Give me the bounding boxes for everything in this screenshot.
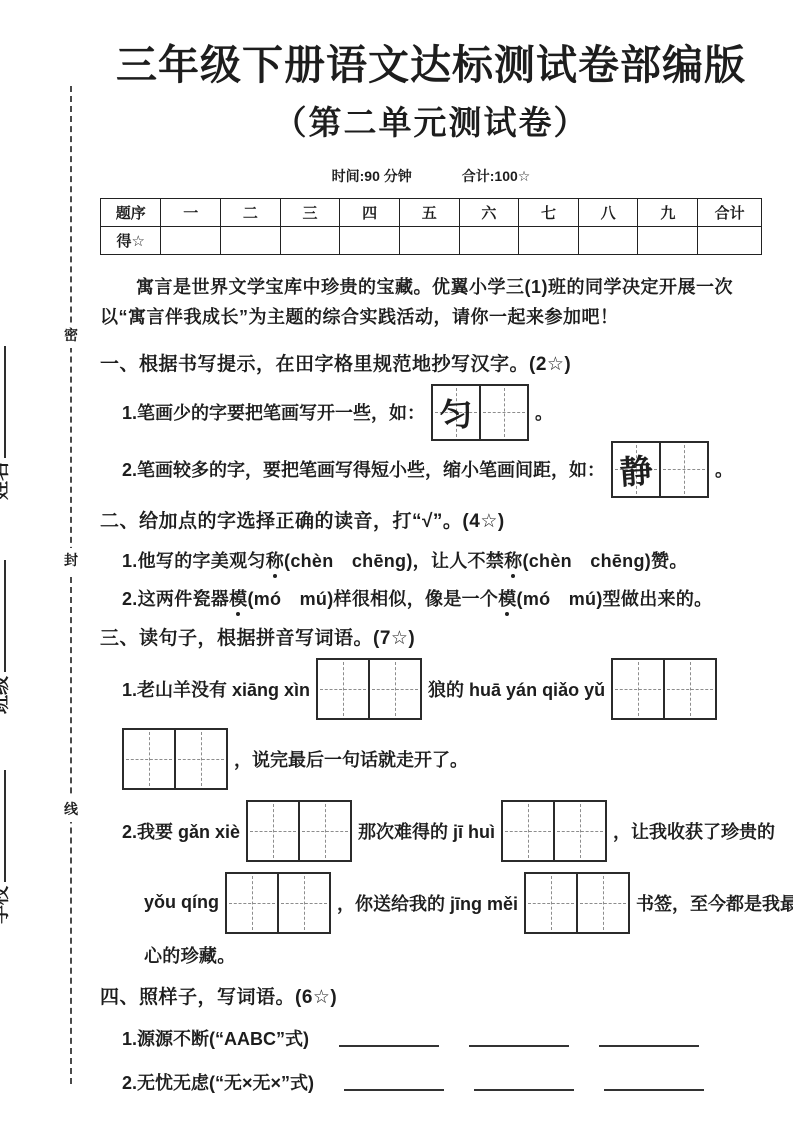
question-2-1: 1.他写的字美观匀称(chèn chēng)，让人不禁称(chèn chēng)…	[100, 547, 762, 573]
name-label: 姓名	[0, 462, 11, 500]
question-4-1: 1.源源不断(“AABC”式)	[100, 1025, 762, 1051]
answer-blank[interactable]	[469, 1042, 569, 1047]
grid-cell[interactable]	[227, 874, 277, 932]
question-1-1: 1.笔画少的字要把笔画写开一些，如： 匀 。	[100, 384, 762, 441]
grid-cell[interactable]	[553, 802, 605, 860]
question-3-1-line2: ，说完最后一句话就走开了。	[100, 728, 762, 790]
pinyin-choice[interactable]: (mó mú)型做出来的。	[517, 589, 713, 609]
emphasized-character: 称	[266, 547, 284, 573]
grid-cell[interactable]	[613, 660, 663, 718]
time-label: 时间:90 分钟	[332, 166, 412, 186]
sample-character: 匀	[431, 384, 481, 440]
score-value-row: 得☆	[101, 227, 762, 255]
score-header-cell: 六	[459, 199, 519, 227]
section3-heading: 三、读句子，根据拼音写词语。(7☆)	[100, 623, 762, 650]
class-label: 班级	[0, 676, 11, 714]
question-3-2-text: 2.我要 gǎn xiè	[122, 818, 240, 844]
pinyin-choice[interactable]: (chèn chēng)，让人不禁	[284, 551, 504, 571]
seal-char-feng: 封	[61, 548, 81, 573]
question-1-2-text: 2.笔画较多的字，要把笔画写得短小些，缩小笔画间距，如：	[122, 456, 605, 482]
question-3-2-line2: yǒu qíng ，你送给我的 jīng měi 书签，至今都是我最暖	[100, 872, 762, 934]
sample-character: 静	[611, 441, 661, 497]
question-3-2-line3: 心的珍藏。	[100, 942, 762, 968]
question-1-1-period: 。	[535, 399, 553, 425]
question-2-2: 2.这两件瓷器模(mó mú)样很相似，像是一个模(mó mú)型做出来的。	[100, 585, 762, 611]
answer-grid[interactable]	[246, 800, 352, 862]
grid-cell[interactable]	[368, 660, 420, 718]
question-3-2-text: 书签，至今都是我最暖	[636, 890, 793, 916]
question-3-1-line1: 1.老山羊没有 xiāng xìn 狼的 huā yán qiǎo yǔ	[100, 658, 762, 720]
grid-cell[interactable]: 匀	[433, 386, 479, 439]
grid-cell[interactable]	[576, 874, 628, 932]
score-cell[interactable]	[519, 227, 579, 255]
section2-heading: 二、给加点的字选择正确的读音，打“√”。(4☆)	[100, 506, 762, 533]
exam-info: 时间:90 分钟 合计:100☆	[100, 166, 762, 186]
score-header-cell: 四	[340, 199, 400, 227]
question-3-1-text: ，说完最后一句话就走开了。	[234, 746, 468, 772]
emphasized-character: 模	[498, 585, 516, 611]
tianzige-grid[interactable]: 匀	[431, 384, 529, 441]
seal-dashed-line	[70, 86, 72, 1084]
score-header-cell: 九	[638, 199, 698, 227]
test-paper-page: 密 封 线 姓名 班级 学校 三年级下册语文达标测试卷部编版 （第二单元测试卷）…	[0, 0, 793, 1122]
answer-grid[interactable]	[122, 728, 228, 790]
grid-cell[interactable]	[659, 443, 707, 496]
score-table: 题序 一 二 三 四 五 六 七 八 九 合计 得☆	[100, 198, 762, 255]
score-cell[interactable]	[459, 227, 519, 255]
score-row-label: 得☆	[101, 227, 161, 255]
grid-cell[interactable]	[663, 660, 715, 718]
section4-heading: 四、照样子，写词语。(6☆)	[100, 982, 762, 1009]
school-label: 学校	[0, 886, 11, 924]
grid-cell[interactable]	[124, 730, 174, 788]
score-header-cell: 八	[578, 199, 638, 227]
grid-cell[interactable]: 静	[613, 443, 659, 496]
answer-blank[interactable]	[339, 1042, 439, 1047]
grid-cell[interactable]	[298, 802, 350, 860]
score-header-cell: 七	[519, 199, 579, 227]
score-cell[interactable]	[578, 227, 638, 255]
paper-content: 三年级下册语文达标测试卷部编版 （第二单元测试卷） 时间:90 分钟 合计:10…	[100, 0, 762, 1095]
score-cell[interactable]	[638, 227, 698, 255]
score-header-cell: 题序	[101, 199, 161, 227]
score-cell[interactable]	[280, 227, 340, 255]
answer-blank[interactable]	[474, 1086, 574, 1091]
question-3-2-text: ，让我收获了珍贵的	[613, 818, 775, 844]
question-3-2-pinyin: yǒu qíng	[144, 892, 219, 913]
class-field: 班级	[0, 560, 14, 714]
answer-grid[interactable]	[501, 800, 607, 862]
question-1-1-text: 1.笔画少的字要把笔画写开一些，如：	[122, 399, 425, 425]
emphasized-character: 模	[229, 585, 247, 611]
grid-cell[interactable]	[318, 660, 368, 718]
score-header-cell: 一	[161, 199, 221, 227]
question-1-2: 2.笔画较多的字，要把笔画写得短小些，缩小笔画间距，如： 静 。	[100, 441, 762, 498]
question-4-1-text: 1.源源不断(“AABC”式)	[122, 1025, 309, 1051]
score-cell[interactable]	[161, 227, 221, 255]
question-4-2: 2.无忧无虑(“无×无×”式)	[100, 1069, 762, 1095]
answer-blank[interactable]	[604, 1086, 704, 1091]
question-3-1-text: 狼的 huā yán qiǎo yǔ	[428, 676, 605, 702]
answer-blank[interactable]	[599, 1042, 699, 1047]
class-blank[interactable]	[0, 560, 6, 672]
grid-cell[interactable]	[526, 874, 576, 932]
grid-cell[interactable]	[248, 802, 298, 860]
school-field: 学校	[0, 770, 14, 924]
score-cell[interactable]	[340, 227, 400, 255]
name-blank[interactable]	[0, 346, 6, 458]
pinyin-choice[interactable]: (chèn chēng)赞。	[522, 551, 687, 571]
score-cell[interactable]	[399, 227, 459, 255]
score-cell[interactable]	[221, 227, 281, 255]
seal-char-xian: 线	[61, 797, 81, 822]
grid-cell[interactable]	[277, 874, 329, 932]
score-cell[interactable]	[698, 227, 762, 255]
emphasized-character: 称	[504, 547, 522, 573]
question-2-2-text: 2.这两件瓷器	[122, 589, 229, 609]
grid-cell[interactable]	[503, 802, 553, 860]
score-header-cell: 合计	[698, 199, 762, 227]
tianzige-grid[interactable]: 静	[611, 441, 709, 498]
score-header-row: 题序 一 二 三 四 五 六 七 八 九 合计	[101, 199, 762, 227]
answer-grid[interactable]	[316, 658, 422, 720]
question-1-2-period: 。	[715, 456, 733, 482]
section1-heading: 一、根据书写提示，在田字格里规范地抄写汉字。(2☆)	[100, 349, 762, 376]
name-field: 姓名	[0, 346, 14, 500]
grid-cell[interactable]	[479, 386, 527, 439]
school-blank[interactable]	[0, 770, 6, 882]
intro-paragraph: 寓言是世界文学宝库中珍贵的宝藏。优翼小学三(1)班的同学决定开展一次以“寓言伴我…	[100, 273, 762, 333]
score-header-cell: 二	[221, 199, 281, 227]
question-3-1-text: 1.老山羊没有 xiāng xìn	[122, 676, 310, 702]
total-score-label: 合计:100☆	[462, 166, 531, 186]
seal-char-mi: 密	[61, 323, 81, 348]
answer-grid[interactable]	[611, 658, 717, 720]
grid-cell[interactable]	[174, 730, 226, 788]
score-header-cell: 五	[399, 199, 459, 227]
answer-grid[interactable]	[225, 872, 331, 934]
answer-grid[interactable]	[524, 872, 630, 934]
question-4-2-text: 2.无忧无虑(“无×无×”式)	[122, 1069, 314, 1095]
question-2-1-text: 1.他写的字美观匀	[122, 551, 266, 571]
pinyin-choice[interactable]: (mó mú)样很相似，像是一个	[247, 589, 498, 609]
page-subtitle: （第二单元测试卷）	[100, 97, 762, 144]
question-3-2-text: ，你送给我的 jīng měi	[337, 890, 518, 916]
question-3-2-line1: 2.我要 gǎn xiè 那次难得的 jī huì ，让我收获了珍贵的	[100, 800, 762, 862]
question-3-2-text: 那次难得的 jī huì	[358, 818, 495, 844]
answer-blank[interactable]	[344, 1086, 444, 1091]
page-title: 三年级下册语文达标测试卷部编版	[100, 32, 762, 91]
score-header-cell: 三	[280, 199, 340, 227]
